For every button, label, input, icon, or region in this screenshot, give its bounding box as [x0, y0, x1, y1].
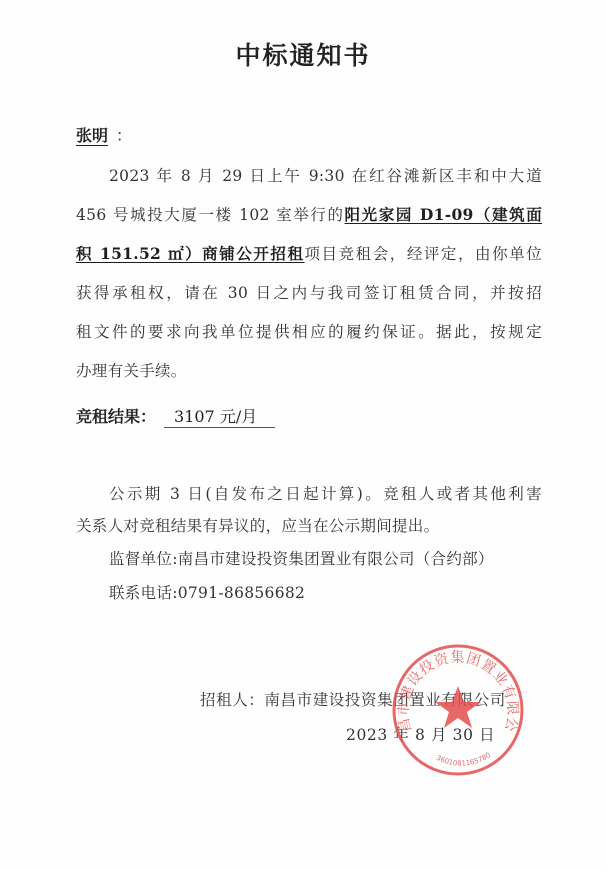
bid-result-value: 3107 元/月 — [164, 404, 275, 428]
document-title: 中标通知书 — [0, 36, 606, 72]
bid-result-label: 竞租结果： — [76, 407, 156, 426]
notice-page: 中标通知书 张明： 2023 年 8 月 29 日上午 9:30 在红谷滩新区丰… — [0, 0, 606, 870]
body-line-1: 2023 年 8 月 29 日上午 9:30 在红谷滩新区丰和中大道 — [109, 164, 542, 186]
svg-text:3601081165780: 3601081165780 — [435, 751, 492, 768]
body-line-5: 租文件的要求向我单位提供相应的履约保证。据此，按规定 — [76, 320, 542, 342]
contact-line: 联系电话:0791-86856682 — [109, 581, 542, 603]
body-line-3-post: 项目竞租会，经评定，由你单位 — [305, 245, 543, 263]
bid-result: 竞租结果：3107 元/月 — [76, 404, 275, 428]
body-line-6: 办理有关手续。 — [76, 359, 542, 381]
notice-line-2: 关系人对竞租结果有异议的，应当在公示期间提出。 — [76, 514, 542, 536]
project-name-part-1: 阳光家园 D1-09（建筑面 — [345, 205, 542, 224]
body-line-4: 获得承租权，请在 30 日之内与我司签订租赁合同，并按招 — [76, 281, 542, 303]
supervisor-line: 监督单位:南昌市建设投资集团置业有限公司（合约部） — [109, 547, 542, 569]
addressee-colon: ： — [116, 126, 132, 145]
addressee-name: 张明 — [76, 126, 116, 145]
body-line-3: 积 151.52 ㎡）商铺公开招租项目竞租会，经评定，由你单位 — [76, 242, 542, 264]
addressee: 张明： — [76, 123, 132, 146]
body-line-2: 456 号城投大厦一楼 102 室举行的阳光家园 D1-09（建筑面 — [76, 203, 542, 225]
notice-line-1: 公示期 3 日(自发布之日起计算)。竞租人或者其他利害 — [109, 482, 542, 504]
company-seal-icon: 南昌市建设投资集团置业有限公司 3601081165780 — [388, 640, 528, 780]
body-line-2-pre: 456 号城投大厦一楼 102 室举行的 — [76, 206, 345, 224]
project-name-part-2: 积 151.52 ㎡）商铺公开招租 — [76, 244, 305, 263]
